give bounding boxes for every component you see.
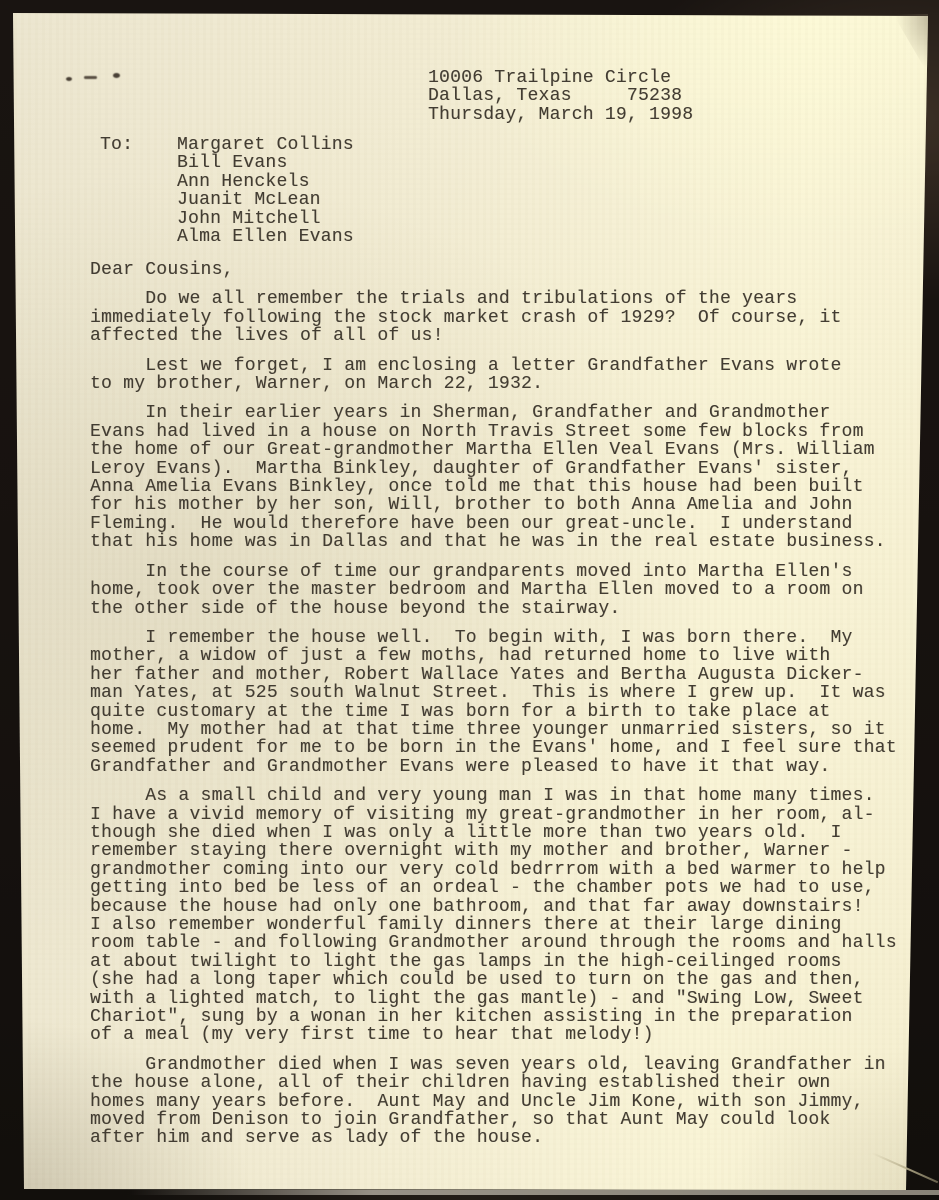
recipient-name: Juanit McLean [177, 191, 354, 209]
letter-body: Dear Cousins, Do we all remember the tri… [90, 261, 920, 1159]
sender-street-line: 10006 Trailpine Circle [428, 69, 693, 87]
paragraph-4: In the course of time our grandparents m… [90, 563, 920, 618]
paragraph-1: Do we all remember the trials and tribul… [90, 290, 920, 345]
salutation: Dear Cousins, [90, 261, 920, 279]
letter-text-layer: 10006 Trailpine Circle Dallas, Texas 752… [0, 0, 939, 1200]
letter-date-line: Thursday, March 19, 1998 [428, 106, 693, 124]
recipient-name: Margaret Collins [177, 136, 354, 154]
paragraph-5: I remember the house well. To begin with… [90, 629, 920, 776]
recipient-name: Bill Evans [177, 154, 354, 172]
paragraph-7: Grandmother died when I was seven years … [90, 1056, 920, 1148]
recipient-name: Ann Henckels [177, 173, 354, 191]
recipient-name: Alma Ellen Evans [177, 228, 354, 246]
sender-address-block: 10006 Trailpine Circle Dallas, Texas 752… [428, 69, 693, 124]
paragraph-6: As a small child and very young man I wa… [90, 787, 920, 1045]
paragraph-2: Lest we forget, I am enclosing a letter … [90, 357, 920, 394]
scanned-letter: 10006 Trailpine Circle Dallas, Texas 752… [0, 0, 939, 1200]
recipient-list: Margaret Collins Bill Evans Ann Henckels… [177, 136, 354, 246]
recipient-name: John Mitchell [177, 210, 354, 228]
paragraph-3: In their earlier years in Sherman, Grand… [90, 404, 920, 551]
sender-city-zip-line: Dallas, Texas 75238 [428, 87, 693, 105]
to-label: To: [100, 136, 133, 154]
